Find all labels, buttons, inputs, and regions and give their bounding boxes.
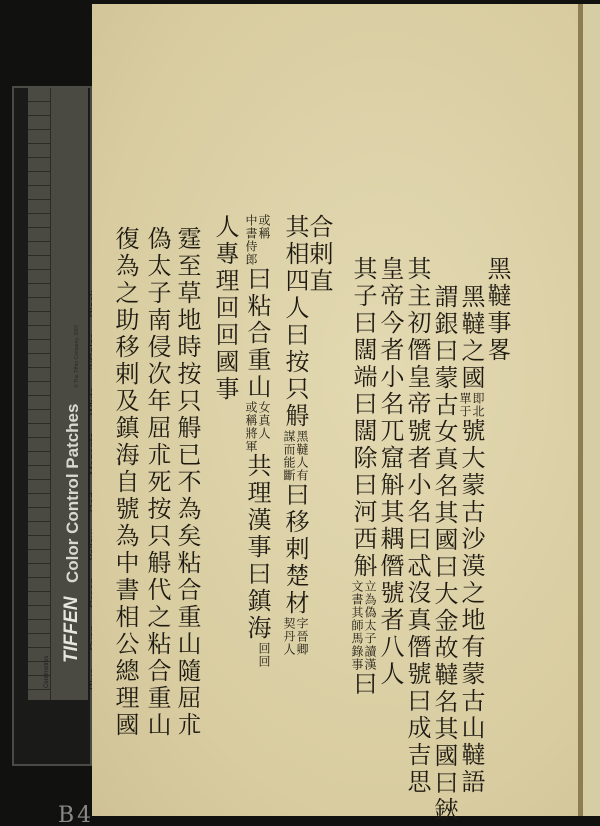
ruler-scale — [28, 88, 51, 700]
interlinear-note: 回回 — [257, 642, 270, 668]
interlinear-note: 黑韃人有謀而能斷 — [282, 430, 308, 482]
text-column: 皇帝今者小名兀窟斛其耦僭號者八人 — [377, 256, 403, 688]
color-patch-strip: Centimetres © The Tiffen Company, 2007 T… — [28, 88, 88, 700]
text-column: 或稱中書侍郎曰粘合重山女真人或稱將軍共理漢事曰鎮海回回 — [244, 214, 270, 668]
text-column: 其相四人曰按只䚟黑韃人有謀而能斷曰移剌楚材字晉卿契丹人 — [282, 214, 308, 656]
text-column: 謂銀曰蒙古女真名其國曰大金故韃名其國曰鋏 — [431, 284, 457, 824]
interlinear-note: 即北單于 — [458, 392, 484, 418]
text-column: 人專理回回國事 — [212, 214, 238, 403]
plate-label: B4 — [58, 803, 94, 826]
text-column: 偽太子南侵次年屈朮死按只䚟代之粘合重山 — [144, 226, 170, 739]
card-copyright: © The Tiffen Company, 2007 — [74, 325, 80, 388]
adjacent-page-edge — [583, 4, 600, 816]
card-title: Color Control Patches — [63, 404, 83, 583]
text-column: 其子曰闊端曰闊除曰河西斛立為偽太子讀漢文書其師馬錄事曰 — [350, 256, 376, 698]
brand-logo: TIFFEN — [61, 597, 83, 664]
interlinear-note: 立為偽太子讀漢文書其師馬錄事 — [350, 580, 376, 671]
text-column: 復為之助移剌及鎮海自號為中書相公總理國 — [112, 226, 138, 739]
text-column: 黑韃之國即北單于號大蒙古沙漠之地有蒙古山韃語 — [458, 284, 484, 796]
interlinear-note: 女真人或稱將軍 — [244, 401, 270, 453]
interlinear-note: 或稱中書侍郎 — [244, 214, 270, 266]
document-title: 黑韃事畧 — [484, 256, 510, 364]
text-column: 合剌直 — [306, 214, 332, 295]
color-control-card: Centimetres © The Tiffen Company, 2007 T… — [12, 86, 92, 766]
text-column: 霆至草地時按只䚟已不為矣粘合重山隨屈朮 — [174, 226, 200, 739]
interlinear-note: 字晉卿契丹人 — [282, 617, 308, 656]
ruler-unit-label: Centimetres — [44, 656, 50, 688]
text-column: 其主初僭皇帝號者小名曰忒沒真僭號曰成吉思 — [404, 256, 430, 796]
